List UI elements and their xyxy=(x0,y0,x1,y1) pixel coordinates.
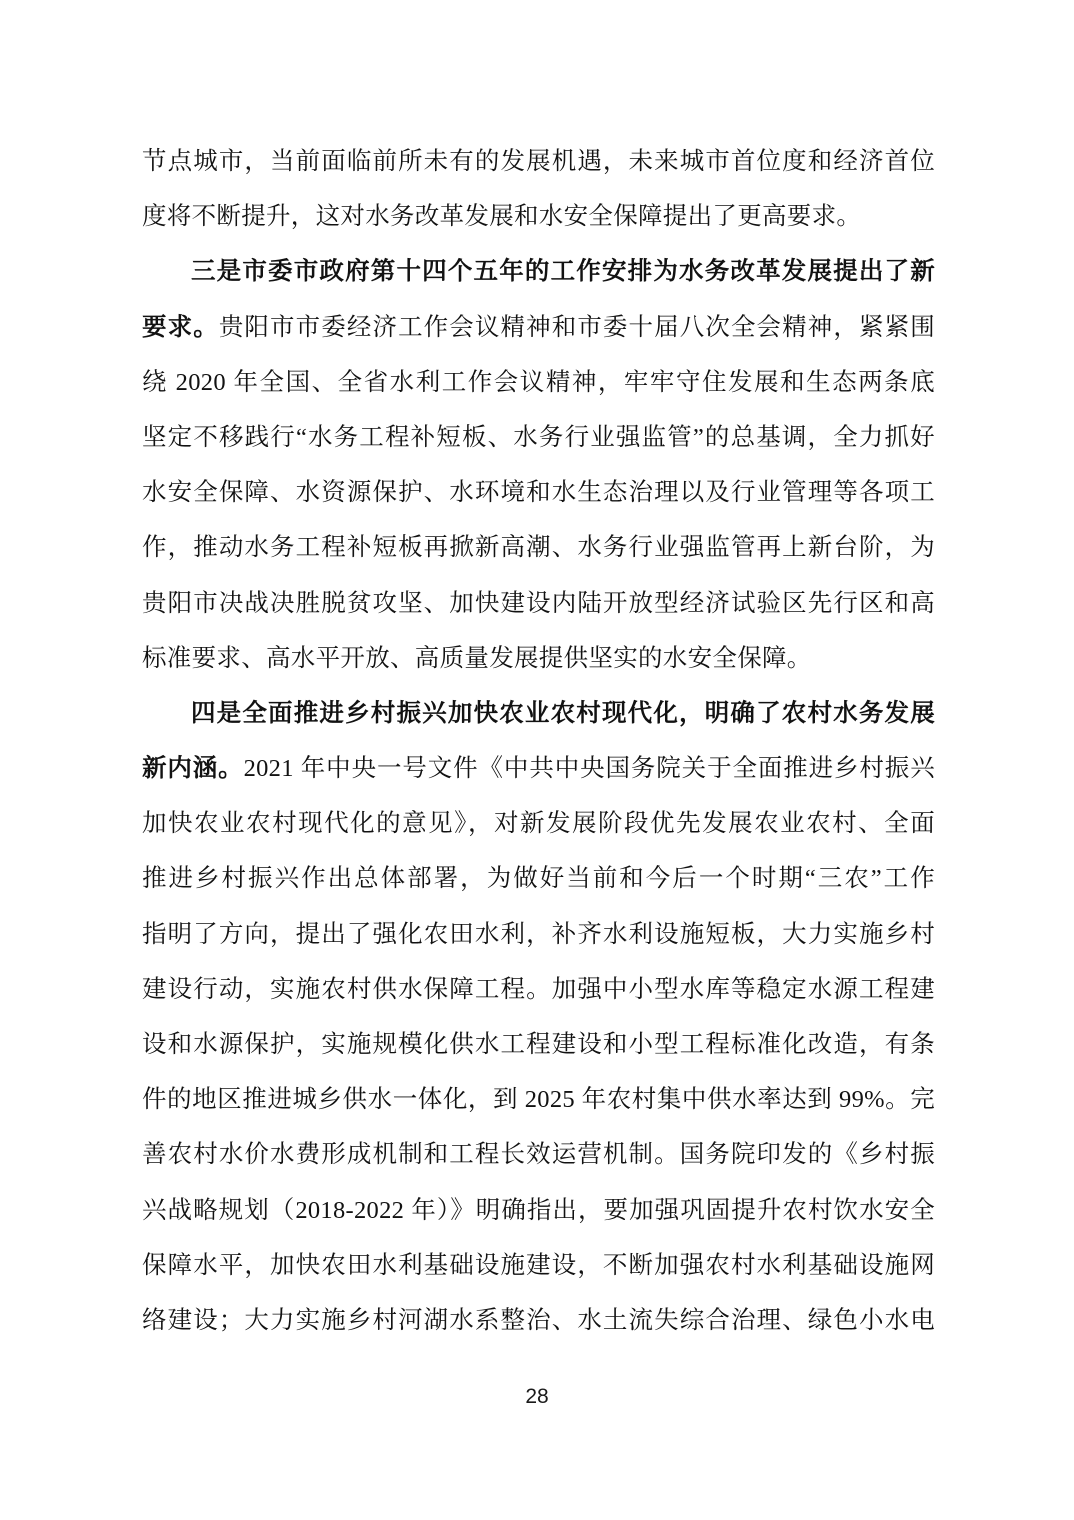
text-run: 贵阳市市委经济工作会议精神和市委十届八次全会精神，紧紧围 xyxy=(219,314,935,341)
text-line: 节点城市，当前面临前所未有的发展机遇，未来城市首位度和经济首位 xyxy=(142,134,935,189)
text-run: 贵阳市决战决胜脱贫攻坚、加快建设内陆开放型经济试验区先行区和高 xyxy=(142,590,935,617)
text-line: 新内涵。2021 年中央一号文件《中共中央国务院关于全面推进乡村振兴 xyxy=(142,741,935,796)
text-run: 保障水平，加快农田水利基础设施建设，不断加强农村水利基础设施网 xyxy=(142,1252,935,1279)
text-line: 推进乡村振兴作出总体部署，为做好当前和今后一个时期“三农”工作 xyxy=(142,851,935,906)
text-run: 2021 年中央一号文件《中共中央国务院关于全面推进乡村振兴 xyxy=(244,755,935,782)
text-line: 建设行动，实施农村供水保障工程。加强中小型水库等稳定水源工程建 xyxy=(142,962,935,1017)
text-line: 绕 2020 年全国、全省水利工作会议精神，牢牢守住发展和生态两条底线， xyxy=(142,355,935,410)
page-number: 28 xyxy=(525,1385,548,1408)
text-line: 作，推动水务工程补短板再掀新高潮、水务行业强监管再上新台阶，为 xyxy=(142,520,935,575)
text-line: 坚定不移践行“水务工程补短板、水务行业强监管”的总基调，全力抓好 xyxy=(142,410,935,465)
text-line: 四是全面推进乡村振兴加快农业农村现代化，明确了农村水务发展 xyxy=(142,686,935,741)
text-run: 节点城市，当前面临前所未有的发展机遇，未来城市首位度和经济首位 xyxy=(142,148,935,175)
text-run: 推进乡村振兴作出总体部署，为做好当前和今后一个时期“三农”工作 xyxy=(142,865,935,892)
text-line: 兴战略规划（2018-2022 年）》明确指出，要加强巩固提升农村饮水安全 xyxy=(142,1183,935,1238)
text-line: 水安全保障、水资源保护、水环境和水生态治理以及行业管理等各项工 xyxy=(142,465,935,520)
text-line: 络建设；大力实施乡村河湖水系整治、水土流失综合治理、绿色小水电 xyxy=(142,1293,935,1348)
bold-text-run: 要求。 xyxy=(142,314,219,341)
text-run: 水安全保障、水资源保护、水环境和水生态治理以及行业管理等各项工 xyxy=(142,479,935,506)
text-run: 善农村水价水费形成机制和工程长效运营机制。国务院印发的《乡村振 xyxy=(142,1141,935,1168)
text-run: 设和水源保护，实施规模化供水工程建设和小型工程标准化改造，有条 xyxy=(142,1031,935,1058)
bold-text-run: 新内涵。 xyxy=(142,755,244,782)
text-line: 标准要求、高水平开放、高质量发展提供坚实的水安全保障。 xyxy=(142,631,935,686)
text-line: 保障水平，加快农田水利基础设施建设，不断加强农村水利基础设施网 xyxy=(142,1238,935,1293)
document-body: 节点城市，当前面临前所未有的发展机遇，未来城市首位度和经济首位度将不断提升，这对… xyxy=(142,134,935,1348)
text-line: 加快农业农村现代化的意见》，对新发展阶段优先发展农业农村、全面 xyxy=(142,796,935,851)
text-line: 三是市委市政府第十四个五年的工作安排为水务改革发展提出了新 xyxy=(142,244,935,299)
text-run: 加快农业农村现代化的意见》，对新发展阶段优先发展农业农村、全面 xyxy=(142,810,935,837)
text-line: 贵阳市决战决胜脱贫攻坚、加快建设内陆开放型经济试验区先行区和高 xyxy=(142,576,935,631)
document-page: 节点城市，当前面临前所未有的发展机遇，未来城市首位度和经济首位度将不断提升，这对… xyxy=(0,0,1074,1520)
text-line: 设和水源保护，实施规模化供水工程建设和小型工程标准化改造，有条 xyxy=(142,1017,935,1072)
text-run: 度将不断提升，这对水务改革发展和水安全保障提出了更高要求。 xyxy=(142,203,861,230)
text-line: 善农村水价水费形成机制和工程长效运营机制。国务院印发的《乡村振 xyxy=(142,1127,935,1182)
page-footer: 28 xyxy=(0,1382,1074,1412)
text-run: 作，推动水务工程补短板再掀新高潮、水务行业强监管再上新台阶，为 xyxy=(142,534,935,561)
text-line: 指明了方向，提出了强化农田水利，补齐水利设施短板，大力实施乡村 xyxy=(142,907,935,962)
text-line: 要求。贵阳市市委经济工作会议精神和市委十届八次全会精神，紧紧围 xyxy=(142,300,935,355)
text-run: 坚定不移践行“水务工程补短板、水务行业强监管”的总基调，全力抓好 xyxy=(142,424,935,451)
text-run: 兴战略规划（2018-2022 年）》明确指出，要加强巩固提升农村饮水安全 xyxy=(142,1197,935,1224)
text-run: 络建设；大力实施乡村河湖水系整治、水土流失综合治理、绿色小水电 xyxy=(142,1307,935,1334)
text-run: 指明了方向，提出了强化农田水利，补齐水利设施短板，大力实施乡村 xyxy=(142,921,935,948)
text-run: 件的地区推进城乡供水一体化，到 2025 年农村集中供水率达到 99%。完 xyxy=(142,1086,935,1113)
bold-text-run: 三是市委市政府第十四个五年的工作安排为水务改革发展提出了新 xyxy=(191,258,935,285)
text-run: 绕 2020 年全国、全省水利工作会议精神，牢牢守住发展和生态两条底线， xyxy=(142,369,935,410)
bold-text-run: 四是全面推进乡村振兴加快农业农村现代化，明确了农村水务发展 xyxy=(191,700,935,727)
text-run: 标准要求、高水平开放、高质量发展提供坚实的水安全保障。 xyxy=(142,645,812,672)
text-run: 建设行动，实施农村供水保障工程。加强中小型水库等稳定水源工程建 xyxy=(142,976,935,1003)
text-line: 度将不断提升，这对水务改革发展和水安全保障提出了更高要求。 xyxy=(142,189,935,244)
text-line: 件的地区推进城乡供水一体化，到 2025 年农村集中供水率达到 99%。完 xyxy=(142,1072,935,1127)
